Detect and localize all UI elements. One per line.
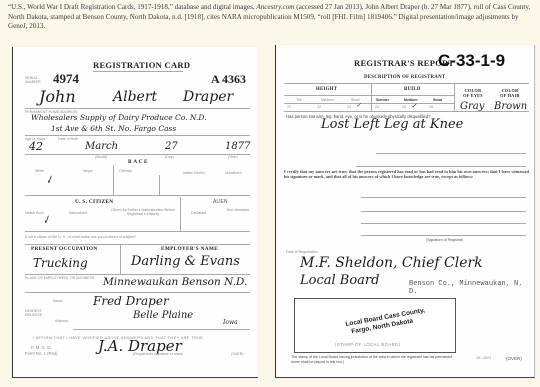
registrant-middle-name: Albert <box>113 89 157 105</box>
short-checkmark: ✓ <box>356 102 361 109</box>
stamp-footer-note: The stamp of the Local Board having juri… <box>291 355 461 364</box>
field-23: 23 <box>347 105 351 109</box>
race-white-checkmark: ✓ <box>44 174 56 188</box>
certification-statement: I certify that my answers are true; that… <box>284 169 529 180</box>
local-board-stamp-box: Local Board Cass County, Fargo, North Da… <box>294 298 456 353</box>
stamp-code: C-33-1-9 <box>438 51 505 71</box>
medium-build-checkmark: ✓ <box>411 102 417 110</box>
citation-text: “U.S., World War I Draft Registration Ca… <box>8 3 256 11</box>
over-label: (OVER) <box>231 352 244 356</box>
color-eyes-label: COLOR OF EYES <box>461 88 485 98</box>
form-number: Form No. 1 (Red) <box>25 351 58 356</box>
employer-value: Darling & Evans <box>131 254 240 269</box>
race-negro-label: Negro <box>83 169 93 173</box>
native-born-label: Native Born <box>25 211 44 215</box>
serial-number: 4974 <box>53 71 79 87</box>
month-label: (Month) <box>95 155 107 159</box>
form-code: P. M. G. O. <box>31 345 51 350</box>
registrar-signature-label: (Signature of Registrar) <box>426 238 463 242</box>
employer-heading: EMPLOYER'S NAME <box>161 246 218 252</box>
declarant-label: Declarant <box>191 211 206 215</box>
race-indian-citizen-label: Indian Citizen <box>183 171 205 175</box>
stout-label: Stout <box>433 98 442 102</box>
citation-site-link: Ancestry.com <box>256 3 294 11</box>
build-heading: BUILD <box>404 87 421 92</box>
field-24: 24 <box>375 105 379 109</box>
citation-caption: “U.S., World War I Draft Registration Ca… <box>8 3 534 32</box>
footer-code: 15—6971 <box>476 356 492 360</box>
field-21: 21 <box>287 105 291 109</box>
relative-address-value: Belle Plaine <box>133 310 193 321</box>
non-declarant-label: Non-declarant <box>226 208 250 212</box>
disability-answer: Lost Left Leg at Knee <box>321 117 463 132</box>
relative-name-value: Fred Draper <box>93 294 169 308</box>
medium-height-label: Medium <box>321 98 334 102</box>
race-indian-noncitizen-label: Noncitizen <box>225 171 242 175</box>
registrant-last-name: Draper <box>183 89 233 105</box>
birth-month: March <box>85 141 118 152</box>
local-board-handwritten: Local Board <box>300 273 379 288</box>
local-board-typed: Benson Co., Minnewaukan, N. D. <box>409 280 534 296</box>
relative-name-label: Name <box>53 299 63 303</box>
slender-label: Slender <box>376 98 389 102</box>
dob-label: Date of Birth <box>58 137 78 141</box>
registrant-first-name: John <box>39 87 76 106</box>
relative-state-value: Iowa <box>223 319 238 326</box>
race-white-label: White <box>35 169 44 173</box>
signature-label: (Registrant's signature or mark) <box>133 352 183 356</box>
birth-year: 1877 <box>225 141 250 152</box>
naturalized-label: Naturalized <box>69 211 87 215</box>
color-hair-label: COLOR OF HAIR <box>498 88 522 98</box>
registration-card: REGISTRATION CARD SERIAL NUMBER 4974 A 4… <box>12 47 258 378</box>
year-label: (Year) <box>228 155 238 159</box>
field-25: 25 <box>402 105 406 109</box>
registration-date-label: Date of Registration <box>286 250 318 254</box>
chief-clerk-signature: M.F. Sheldon, Chief Clerk <box>300 255 483 271</box>
us-citizen-heading: U. S. CITIZEN <box>75 199 113 205</box>
card-title: REGISTRATION CARD <box>93 60 190 70</box>
day-label: (Day) <box>165 155 174 159</box>
nation-question: If not a citizen of the U. S., of what n… <box>25 235 136 239</box>
field-26: 26 <box>429 105 433 109</box>
father-naturalization-label: Citizen by Father's Naturalization Befor… <box>108 208 178 217</box>
serial-label: SERIAL NUMBER <box>25 76 45 84</box>
place-employment-label: PLACE OF EMPLOYMENT OR BUSINESS: <box>25 276 95 280</box>
race-heading: RACE <box>128 159 149 165</box>
birth-day: 27 <box>165 141 178 152</box>
over-label-right: (OVER) <box>506 356 522 361</box>
alien-heading: ALIEN <box>213 199 227 205</box>
field-22: 22 <box>317 105 321 109</box>
address-line-1: Wholesalers Supply of Dairy Produce Co. … <box>31 113 207 122</box>
age-value: 42 <box>29 140 43 153</box>
tall-label: Tall <box>296 98 301 102</box>
stamp-label: (STAMP OF LOCAL BOARD) <box>335 342 401 347</box>
occupation-value: Trucking <box>33 256 88 270</box>
height-heading: HEIGHT <box>316 87 337 92</box>
race-oriental-label: Oriental <box>119 169 132 173</box>
relative-address-label: Address <box>55 319 68 323</box>
address-line-2: 1st Ave & 6th St. No. Fargo Cass <box>51 124 176 133</box>
order-number: A 4363 <box>211 72 246 87</box>
description-subtitle: DESCRIPTION OF REGISTRANT <box>364 75 445 80</box>
occupation-heading: PRESENT OCCUPATION <box>31 246 97 252</box>
nearest-relative-label: NEAREST RELATIVE <box>25 309 49 317</box>
place-employment-value: Minnewaukan Benson N.D. <box>103 276 247 288</box>
native-born-checkmark: ✓ <box>41 214 53 228</box>
registrars-report-card: REGISTRAR'S REPORT C-33-1-9 DESCRIPTION … <box>275 45 535 378</box>
